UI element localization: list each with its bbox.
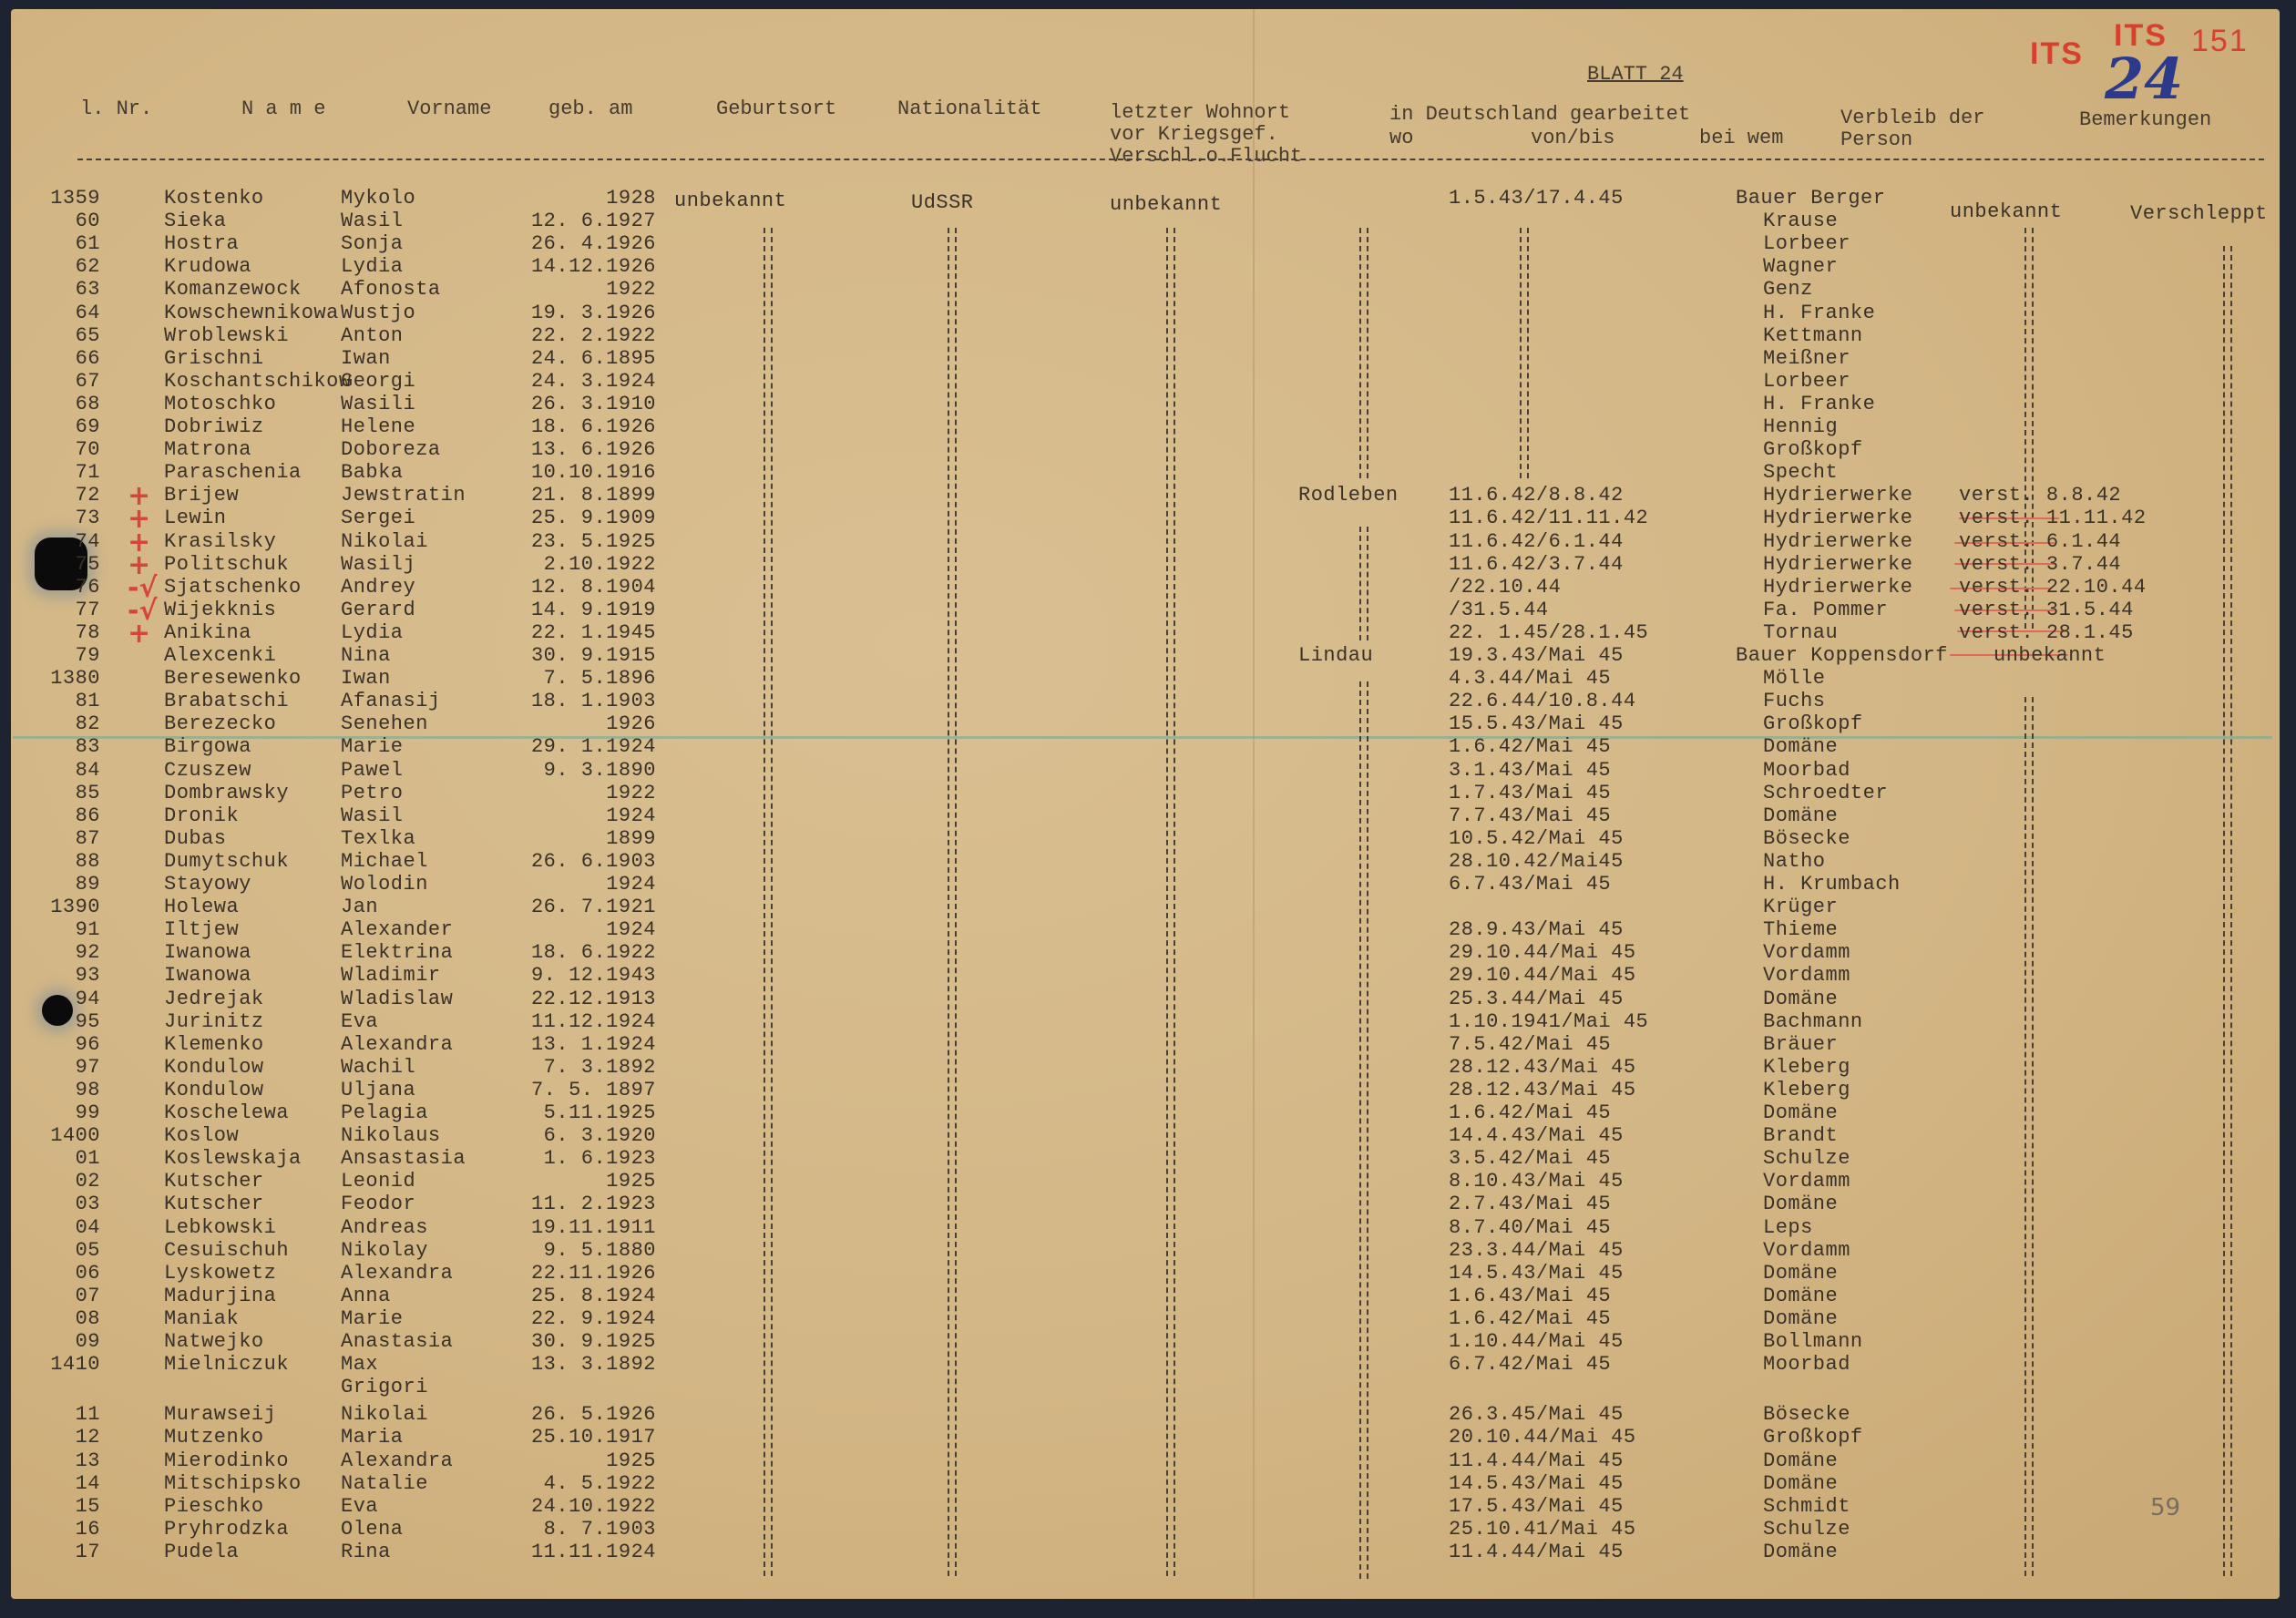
birth-date: 1899	[492, 827, 656, 850]
header-letzter-wohnort-3: Verschl.o.Flucht	[1110, 146, 1302, 168]
table-row: 01 Koslewskaja Ansastasia 1. 6.1923 3.5.…	[0, 1147, 2296, 1170]
surname: Koslow	[164, 1124, 239, 1147]
first-name: Nikolai	[341, 530, 428, 553]
row-number: 07	[36, 1285, 100, 1307]
row-number: 04	[36, 1216, 100, 1239]
surname: Hostra	[164, 232, 239, 255]
table-row: 11 Murawseij Nikolai 26. 5.1926 26.3.45/…	[0, 1403, 2296, 1426]
row-number: 72	[36, 484, 100, 507]
work-period: 28.12.43/Mai 45	[1449, 1079, 1636, 1101]
employer: Bösecke	[1763, 1403, 1850, 1426]
first-name: Ansastasia	[341, 1147, 466, 1170]
table-row: 1359 Kostenko Mykolo 1928 1.5.43/17.4.45…	[0, 187, 2296, 210]
header-letzter-wohnort-2: vor Kriegsgef.	[1110, 124, 1278, 146]
first-name: Afonosta	[341, 278, 441, 301]
work-period: 7.7.43/Mai 45	[1449, 804, 1611, 827]
birth-date: 24. 6.1895	[492, 347, 656, 370]
row-number: 87	[36, 827, 100, 850]
employer: Domäne	[1763, 735, 1838, 758]
row-number: 06	[36, 1262, 100, 1285]
surname: Kostenko	[164, 187, 264, 210]
birth-date: 12. 8.1904	[492, 576, 656, 599]
surname: Beresewenko	[164, 667, 302, 690]
surname: Stayowy	[164, 873, 251, 896]
row-number: 73	[36, 507, 100, 529]
birth-date: 8. 7.1903	[492, 1518, 656, 1541]
table-row: 05 Cesuischuh Nikolay 9. 5.1880 23.3.44/…	[0, 1239, 2296, 1262]
table-row: 07 Madurjina Anna 25. 8.1924 1.6.43/Mai …	[0, 1285, 2296, 1307]
work-period: 1.6.43/Mai 45	[1449, 1285, 1611, 1307]
employer: Domäne	[1763, 988, 1838, 1010]
table-row: 86 Dronik Wasil 1924 7.7.43/Mai 45 Domän…	[0, 804, 2296, 827]
birth-date: 26. 6.1903	[492, 850, 656, 873]
work-period: 22.6.44/10.8.44	[1449, 690, 1636, 712]
table-row: 12 Mutzenko Maria 25.10.1917 20.10.44/Ma…	[0, 1426, 2296, 1449]
work-period: 1.6.42/Mai 45	[1449, 1101, 1611, 1124]
employer: Mölle	[1763, 667, 1826, 690]
whereabouts: verst. 22.10.44	[1959, 576, 2147, 599]
sheet-title: BLATT 24	[1587, 64, 1684, 86]
its-stamp-left: ITS	[2030, 36, 2084, 72]
surname: Lewin	[164, 507, 227, 529]
work-period: 28.12.43/Mai 45	[1449, 1056, 1636, 1079]
surname: Koslewskaja	[164, 1147, 302, 1170]
first-name: Elektrina	[341, 941, 453, 964]
work-period: 3.1.43/Mai 45	[1449, 759, 1611, 782]
birth-date: 19.11.1911	[492, 1216, 656, 1239]
first-name: Andreas	[341, 1216, 428, 1239]
first-name: Afanasij	[341, 690, 441, 712]
first-name: Max	[341, 1353, 378, 1376]
employer: Kleberg	[1763, 1079, 1850, 1101]
work-period: 7.5.42/Mai 45	[1449, 1033, 1611, 1056]
surname: Matrona	[164, 438, 251, 461]
surname: Grischni	[164, 347, 264, 370]
table-row: 65 Wroblewski Anton 22. 2.1922 Kettmann	[0, 324, 2296, 347]
first-name: Nikolai	[341, 1403, 428, 1426]
surname: Wijekknis	[164, 599, 276, 621]
row-number: 64	[36, 302, 100, 324]
table-row: 06 Lyskowetz Alexandra 22.11.1926 14.5.4…	[0, 1262, 2296, 1285]
work-period: /31.5.44	[1449, 599, 1549, 621]
first-name: Jewstratin	[341, 484, 466, 507]
surname: Kondulow	[164, 1056, 264, 1079]
first-name: Pawel	[341, 759, 404, 782]
table-row: 62 Krudowa Lydia 14.12.1926 Wagner	[0, 255, 2296, 278]
row-number: 78	[36, 621, 100, 644]
surname: Dobriwiz	[164, 415, 264, 438]
birth-date: 24. 3.1924	[492, 370, 656, 393]
employer: Kettmann	[1763, 324, 1863, 347]
surname: Dronik	[164, 804, 239, 827]
table-row: 95 Jurinitz Eva 11.12.1924 1.10.1941/Mai…	[0, 1010, 2296, 1033]
first-name: Mykolo	[341, 187, 415, 210]
header-von-bis: von/bis	[1531, 128, 1614, 149]
employer: Hydrierwerke	[1763, 553, 1912, 576]
employer: Schroedter	[1763, 782, 1888, 804]
birth-date: 26. 7.1921	[492, 896, 656, 918]
table-row: 1400 Koslow Nikolaus 6. 3.1920 14.4.43/M…	[0, 1124, 2296, 1147]
table-row: 94 Jedrejak Wladislaw 22.12.1913 25.3.44…	[0, 988, 2296, 1010]
employer: Brandt	[1763, 1124, 1838, 1147]
row-number: 1359	[36, 187, 100, 210]
first-name: Helene	[341, 415, 415, 438]
birth-date: 2.10.1922	[492, 553, 656, 576]
first-name: Lydia	[341, 255, 404, 278]
first-name: Rina	[341, 1541, 391, 1563]
first-name: Alexandra	[341, 1262, 453, 1285]
row-number: 60	[36, 210, 100, 232]
birth-date: 1924	[492, 873, 656, 896]
surname: Pryhrodzka	[164, 1518, 289, 1541]
first-name: Georgi	[341, 370, 415, 393]
birth-date: 1925	[492, 1449, 656, 1472]
row-number: 16	[36, 1518, 100, 1541]
work-period: 11.4.44/Mai 45	[1449, 1449, 1624, 1472]
work-location: Rodleben	[1298, 484, 1399, 507]
row-number: 12	[36, 1426, 100, 1449]
header-geburtsort: Geburtsort	[716, 98, 836, 120]
first-name: Sonja	[341, 232, 404, 255]
surname: Kutscher	[164, 1193, 264, 1215]
surname: Iwanowa	[164, 941, 251, 964]
table-row: 09 Natwejko Anastasia 30. 9.1925 1.10.44…	[0, 1330, 2296, 1353]
work-period: 10.5.42/Mai 45	[1449, 827, 1624, 850]
employer: Tornau	[1763, 621, 1838, 644]
table-row: 15 Pieschko Eva 24.10.1922 17.5.43/Mai 4…	[0, 1495, 2296, 1518]
employer: H. Franke	[1763, 302, 1875, 324]
row-number: 93	[36, 964, 100, 987]
surname: Mitschipsko	[164, 1472, 302, 1495]
employer: H. Franke	[1763, 393, 1875, 415]
surname: Politschuk	[164, 553, 289, 576]
row-number: 08	[36, 1307, 100, 1330]
row-number: 62	[36, 255, 100, 278]
header-separator	[77, 159, 2264, 160]
table-row: 16 Pryhrodzka Olena 8. 7.1903 25.10.41/M…	[0, 1518, 2296, 1541]
surname: Alexcenki	[164, 644, 276, 667]
employer: H. Krumbach	[1763, 873, 1901, 896]
birth-date: 22. 1.1945	[492, 621, 656, 644]
header-verbleib-2: Person	[1840, 129, 1912, 151]
surname: Brabatschi	[164, 690, 289, 712]
first-name: Feodor	[341, 1193, 415, 1215]
employer: Schmidt	[1763, 1495, 1850, 1518]
row-number: 68	[36, 393, 100, 415]
whereabouts: unbekannt	[1994, 644, 2106, 667]
employer: Meißner	[1763, 347, 1850, 370]
employer: Großkopf	[1763, 712, 1863, 735]
first-name: Jan	[341, 896, 378, 918]
employer: Domäne	[1763, 1307, 1838, 1330]
table-row: 04 Lebkowski Andreas 19.11.1911 8.7.40/M…	[0, 1216, 2296, 1239]
employer: Krüger	[1763, 896, 1838, 918]
surname: Lyskowetz	[164, 1262, 276, 1285]
birth-date: 13. 1.1924	[492, 1033, 656, 1056]
work-period: 1.10.1941/Mai 45	[1449, 1010, 1648, 1033]
employer: Schulze	[1763, 1518, 1850, 1541]
employer: Wagner	[1763, 255, 1838, 278]
surname: Madurjina	[164, 1285, 276, 1307]
employer: Krause	[1763, 210, 1838, 232]
employer: Domäne	[1763, 1285, 1838, 1307]
birth-date: 1925	[492, 1170, 656, 1193]
table-row: 02 Kutscher Leonid 1925 8.10.43/Mai 45 V…	[0, 1170, 2296, 1193]
birth-date: 18. 6.1926	[492, 415, 656, 438]
surname: Mielniczuk	[164, 1353, 289, 1376]
birth-date: 26. 3.1910	[492, 393, 656, 415]
row-number: 03	[36, 1193, 100, 1215]
first-name: Uljana	[341, 1079, 415, 1101]
surname: Berezecko	[164, 712, 276, 735]
work-period: 22. 1.45/28.1.45	[1449, 621, 1648, 644]
table-row: 08 Maniak Marie 22. 9.1924 1.6.42/Mai 45…	[0, 1307, 2296, 1330]
whereabouts: verst. 11.11.42	[1959, 507, 2147, 529]
table-row: 72 + Brijew Jewstratin 21. 8.1899 Rodleb…	[0, 484, 2296, 507]
table-row: 87 Dubas Texlka 1899 10.5.42/Mai 45 Böse…	[0, 827, 2296, 850]
birth-date: 1922	[492, 782, 656, 804]
row-number: 67	[36, 370, 100, 393]
employer: Hydrierwerke	[1763, 484, 1912, 507]
work-location: Lindau	[1298, 644, 1373, 667]
surname: Koschelewa	[164, 1101, 289, 1124]
birth-date: 1926	[492, 712, 656, 735]
header-geb-am: geb. am	[548, 98, 632, 120]
surname: Koschantschikow	[164, 370, 352, 393]
work-period: 14.5.43/Mai 45	[1449, 1472, 1624, 1495]
birth-date: 7. 5.1896	[492, 667, 656, 690]
first-name: Anastasia	[341, 1330, 453, 1353]
birth-date: 13. 6.1926	[492, 438, 656, 461]
first-name: Doboreza	[341, 438, 441, 461]
birth-date: 25.10.1917	[492, 1426, 656, 1449]
birth-date: 11. 2.1923	[492, 1193, 656, 1215]
employer: Hydrierwerke	[1763, 530, 1912, 553]
table-row: 77 -√ Wijekknis Gerard 14. 9.1919 /31.5.…	[0, 599, 2296, 621]
surname: Pieschko	[164, 1495, 264, 1518]
surname: Czuszew	[164, 759, 251, 782]
first-name: Michael	[341, 850, 428, 873]
work-period: 14.4.43/Mai 45	[1449, 1124, 1624, 1147]
work-period: 3.5.42/Mai 45	[1449, 1147, 1611, 1170]
birth-date: 1922	[492, 278, 656, 301]
whereabouts: verst. 8.8.42	[1959, 484, 2121, 507]
surname: Maniak	[164, 1307, 239, 1330]
first-name: Wladislaw	[341, 988, 453, 1010]
work-period: 14.5.43/Mai 45	[1449, 1262, 1624, 1285]
birth-date: 14. 9.1919	[492, 599, 656, 621]
table-row: 97 Kondulow Wachil 7. 3.1892 28.12.43/Ma…	[0, 1056, 2296, 1079]
whereabouts: verst. 31.5.44	[1959, 599, 2134, 621]
surname: Cesuischuh	[164, 1239, 289, 1262]
row-number: 1390	[36, 896, 100, 918]
birth-date: 19. 3.1926	[492, 302, 656, 324]
birth-date: 29. 1.1924	[492, 735, 656, 758]
birth-date: 22.11.1926	[492, 1262, 656, 1285]
surname: Krasilsky	[164, 530, 276, 553]
employer: Hennig	[1763, 415, 1838, 438]
row-number: 98	[36, 1079, 100, 1101]
birth-date: 4. 5.1922	[492, 1472, 656, 1495]
birth-date: 1924	[492, 804, 656, 827]
employer: Bauer Berger	[1736, 187, 1885, 210]
surname: Mierodinko	[164, 1449, 289, 1472]
table-row: 17 Pudela Rina 11.11.1924 11.4.44/Mai 45…	[0, 1541, 2296, 1563]
row-number: 1400	[36, 1124, 100, 1147]
first-name: Leonid	[341, 1170, 415, 1193]
first-name: Marie	[341, 1307, 404, 1330]
row-number: 15	[36, 1495, 100, 1518]
employer: Fuchs	[1763, 690, 1826, 712]
header-nr: l. Nr.	[80, 98, 152, 120]
first-name: Natalie	[341, 1472, 428, 1495]
employer: Domäne	[1763, 1449, 1838, 1472]
work-period: 11.4.44/Mai 45	[1449, 1541, 1624, 1563]
work-period: 1.6.42/Mai 45	[1449, 1307, 1611, 1330]
table-row: 14 Mitschipsko Natalie 4. 5.1922 14.5.43…	[0, 1472, 2296, 1495]
surname: Kowschewnikowa	[164, 302, 339, 324]
work-period: 29.10.44/Mai 45	[1449, 964, 1636, 987]
whereabouts: verst. 3.7.44	[1959, 553, 2121, 576]
row-number: 94	[36, 988, 100, 1010]
work-period: 11.6.42/8.8.42	[1449, 484, 1624, 507]
row-number: 75	[36, 553, 100, 576]
work-period: 23.3.44/Mai 45	[1449, 1239, 1624, 1262]
table-row: 91 Iltjew Alexander 1924 28.9.43/Mai 45 …	[0, 918, 2296, 941]
employer: Leps	[1763, 1216, 1813, 1239]
header-name: N a m e	[241, 98, 325, 120]
first-name: Wladimir	[341, 964, 441, 987]
surname: Jedrejak	[164, 988, 264, 1010]
row-number: 74	[36, 530, 100, 553]
first-name: Nikolay	[341, 1239, 428, 1262]
header-bemerkungen: Bemerkungen	[2079, 109, 2211, 131]
birth-date: 21. 8.1899	[492, 484, 656, 507]
work-period: 1.6.42/Mai 45	[1449, 735, 1611, 758]
table-row: 73 + Lewin Sergei 25. 9.1909 11.6.42/11.…	[0, 507, 2296, 529]
employer: Schulze	[1763, 1147, 1850, 1170]
birth-date: 9. 12.1943	[492, 964, 656, 987]
employer: Vordamm	[1763, 1239, 1850, 1262]
table-row: 79 Alexcenki Nina 30. 9.1915 Lindau 19.3…	[0, 644, 2296, 667]
birth-date: 7. 3.1892	[492, 1056, 656, 1079]
first-name: Wasil	[341, 210, 404, 232]
table-row: 74 + Krasilsky Nikolai 23. 5.1925 11.6.4…	[0, 530, 2296, 553]
first-name: Wasili	[341, 393, 415, 415]
employer: Vordamm	[1763, 1170, 1850, 1193]
table-row: 1390 Holewa Jan 26. 7.1921 Krüger	[0, 896, 2296, 918]
row-number: 76	[36, 576, 100, 599]
table-row: 1380 Beresewenko Iwan 7. 5.1896 4.3.44/M…	[0, 667, 2296, 690]
birth-date: 26. 4.1926	[492, 232, 656, 255]
first-name: Alexandra	[341, 1449, 453, 1472]
work-period: 15.5.43/Mai 45	[1449, 712, 1624, 735]
row-number: 17	[36, 1541, 100, 1563]
table-row: 68 Motoschko Wasili 26. 3.1910 H. Franke	[0, 393, 2296, 415]
table-row: 93 Iwanowa Wladimir 9. 12.1943 29.10.44/…	[0, 964, 2296, 987]
employer: Domäne	[1763, 1262, 1838, 1285]
surname: Motoschko	[164, 393, 276, 415]
employer: Lorbeer	[1763, 370, 1850, 393]
row-number: 84	[36, 759, 100, 782]
row-number: 05	[36, 1239, 100, 1262]
table-row: 03 Kutscher Feodor 11. 2.1923 2.7.43/Mai…	[0, 1193, 2296, 1215]
header-gearbeitet: in Deutschland gearbeitet	[1389, 104, 1690, 126]
work-period: 17.5.43/Mai 45	[1449, 1495, 1624, 1518]
first-name: Texlka	[341, 827, 415, 850]
first-name: Marie	[341, 735, 404, 758]
row-number: 81	[36, 690, 100, 712]
first-name: Eva	[341, 1010, 378, 1033]
table-row: 98 Kondulow Uljana 7. 5. 1897 28.12.43/M…	[0, 1079, 2296, 1101]
birth-date: 30. 9.1925	[492, 1330, 656, 1353]
row-number: 86	[36, 804, 100, 827]
table-row: Grigori	[0, 1376, 2296, 1398]
birth-date: 25. 8.1924	[492, 1285, 656, 1307]
row-number: 88	[36, 850, 100, 873]
work-period: 6.7.43/Mai 45	[1449, 873, 1611, 896]
first-name: Petro	[341, 782, 404, 804]
surname: Iltjew	[164, 918, 239, 941]
first-name: Olena	[341, 1518, 404, 1541]
work-period: 20.10.44/Mai 45	[1449, 1426, 1636, 1449]
work-period: 11.6.42/6.1.44	[1449, 530, 1624, 553]
work-period: 29.10.44/Mai 45	[1449, 941, 1636, 964]
first-name: Grigori	[341, 1376, 428, 1398]
first-name: Gerard	[341, 599, 415, 621]
work-period: 4.3.44/Mai 45	[1449, 667, 1611, 690]
header-letzter-wohnort-1: letzter Wohnort	[1110, 102, 1290, 124]
its-stamp-number: 151	[2191, 24, 2249, 59]
employer: Großkopf	[1763, 438, 1863, 461]
first-name: Andrey	[341, 576, 415, 599]
birth-date: 18. 6.1922	[492, 941, 656, 964]
birth-date: 22.12.1913	[492, 988, 656, 1010]
row-number: 69	[36, 415, 100, 438]
employer: Großkopf	[1763, 1426, 1863, 1449]
work-period: 28.10.42/Mai45	[1449, 850, 1624, 873]
first-name: Eva	[341, 1495, 378, 1518]
row-number: 71	[36, 461, 100, 484]
table-row: 75 + Politschuk Wasilj 2.10.1922 11.6.42…	[0, 553, 2296, 576]
birth-date: 22. 9.1924	[492, 1307, 656, 1330]
surname: Holewa	[164, 896, 239, 918]
row-number: 85	[36, 782, 100, 804]
surname: Komanzewock	[164, 278, 302, 301]
birth-date: 1924	[492, 918, 656, 941]
work-period: 26.3.45/Mai 45	[1449, 1403, 1624, 1426]
surname: Mutzenko	[164, 1426, 264, 1449]
birth-date: 30. 9.1915	[492, 644, 656, 667]
whereabouts: verst. 28.1.45	[1959, 621, 2134, 644]
header-nationalitaet: Nationalität	[897, 98, 1041, 120]
employer: Hydrierwerke	[1763, 507, 1912, 529]
employer: Bollmann	[1763, 1330, 1863, 1353]
first-name: Nikolaus	[341, 1124, 441, 1147]
row-number: 70	[36, 438, 100, 461]
first-name: Iwan	[341, 667, 391, 690]
birth-date: 26. 5.1926	[492, 1403, 656, 1426]
first-name: Pelagia	[341, 1101, 428, 1124]
employer: Bösecke	[1763, 827, 1850, 850]
row-number: 01	[36, 1147, 100, 1170]
table-row: 61 Hostra Sonja 26. 4.1926 Lorbeer	[0, 232, 2296, 255]
birth-date: 18. 1.1903	[492, 690, 656, 712]
birth-date: 1. 6.1923	[492, 1147, 656, 1170]
first-name: Nina	[341, 644, 391, 667]
work-period: 1.10.44/Mai 45	[1449, 1330, 1624, 1353]
surname: Natwejko	[164, 1330, 264, 1353]
